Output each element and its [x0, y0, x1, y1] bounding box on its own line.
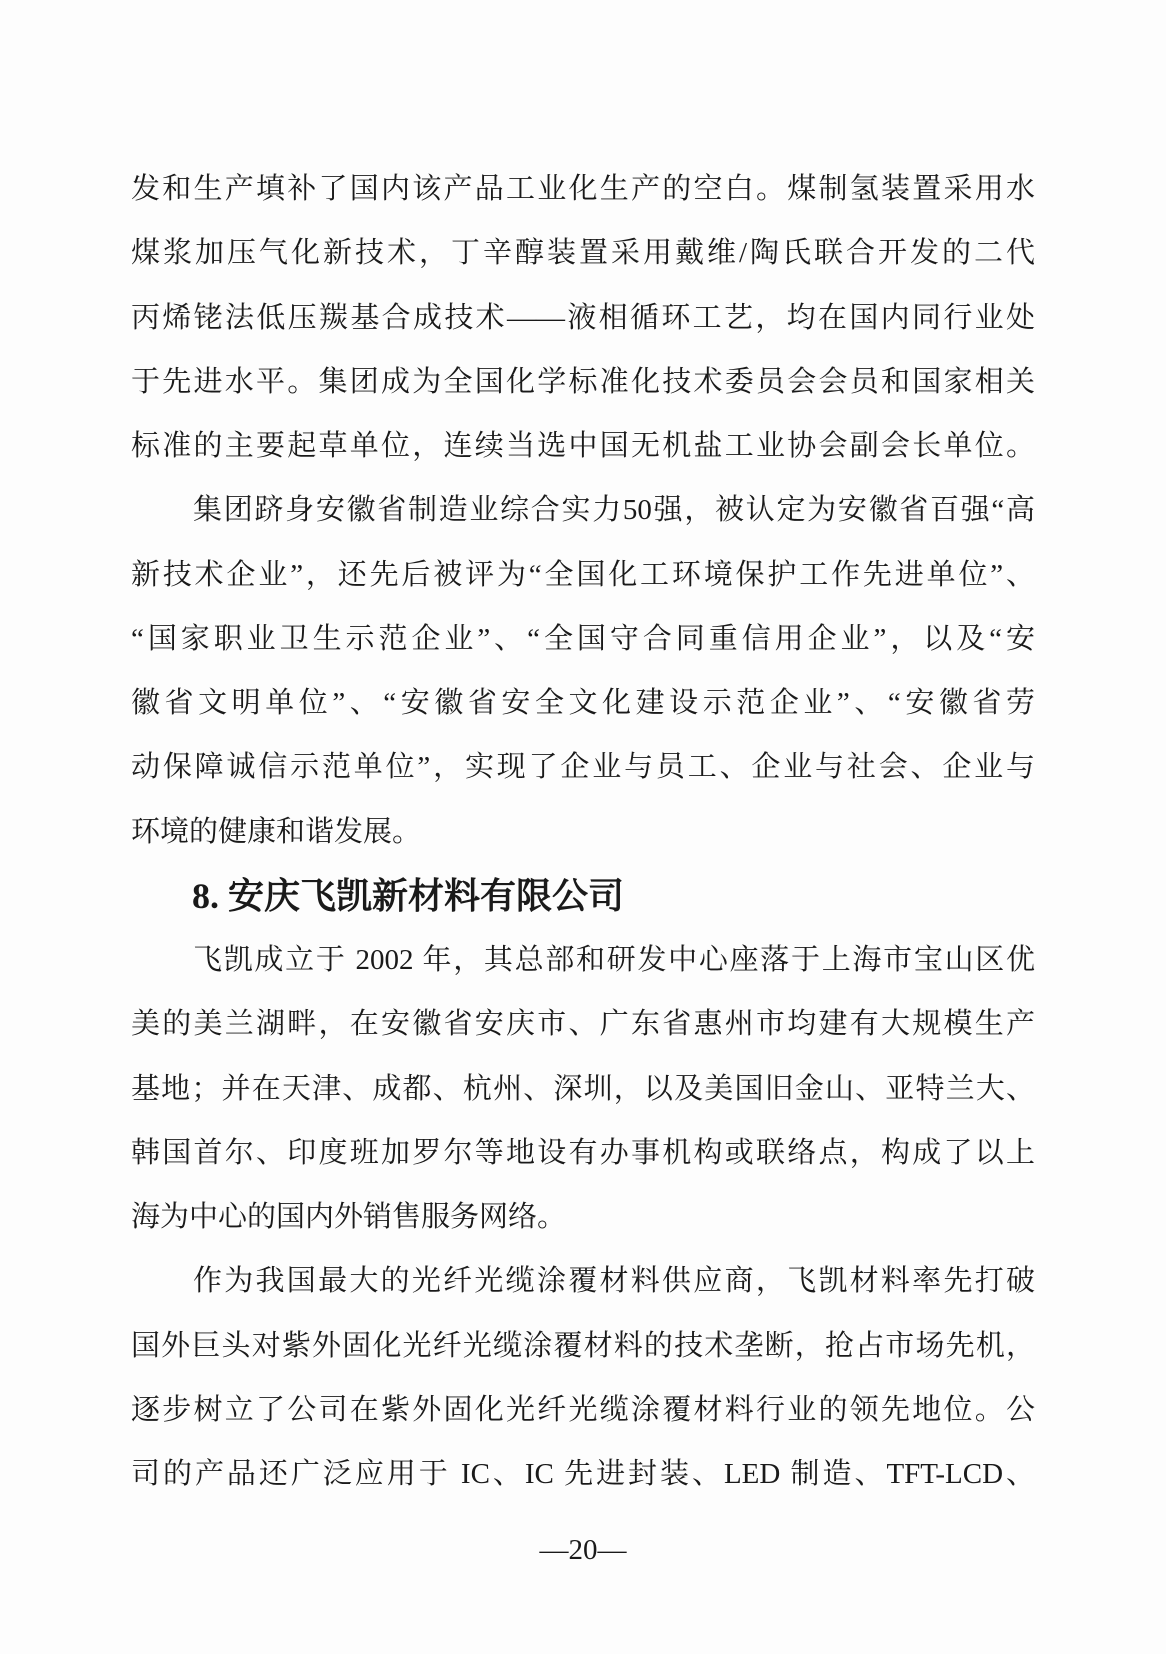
body-line: 丙烯铑法低压羰基合成技术——液相循环工艺，均在国内同行业处	[131, 286, 1035, 350]
paragraph-start-line: 作为我国最大的光纤光缆涂覆材料供应商，飞凯材料率先打破	[131, 1249, 1035, 1313]
body-line: 美的美兰湖畔，在安徽省安庆市、广东省惠州市均建有大规模生产	[131, 992, 1035, 1056]
text-block: 发和生产填补了国内该产品工业化生产的空白。煤制氢装置采用水 煤浆加压气化新技术，…	[131, 157, 1035, 1506]
body-line: “国家职业卫生示范企业”、“全国守合同重信用企业”，以及“安	[131, 607, 1035, 671]
body-line: 基地；并在天津、成都、杭州、深圳，以及美国旧金山、亚特兰大、	[131, 1057, 1035, 1121]
body-line: 发和生产填补了国内该产品工业化生产的空白。煤制氢装置采用水	[131, 157, 1035, 221]
section-heading: 8. 安庆飞凯新材料有限公司	[131, 864, 1035, 928]
body-line: 逐步树立了公司在紫外固化光纤光缆涂覆材料行业的领先地位。公	[131, 1378, 1035, 1442]
body-line: 新技术企业”，还先后被评为“全国化工环境保护工作先进单位”、	[131, 543, 1035, 607]
body-line: 司的产品还广泛应用于 IC、IC 先进封装、LED 制造、TFT-LCD、	[131, 1442, 1035, 1506]
paragraph-end-line: 环境的健康和谐发展。	[131, 800, 1035, 864]
paragraph-start-line: 集团跻身安徽省制造业综合实力50强，被认定为安徽省百强“高	[131, 478, 1035, 542]
body-line: 韩国首尔、印度班加罗尔等地设有办事机构或联络点，构成了以上	[131, 1121, 1035, 1185]
paragraph-end-line: 海为中心的国内外销售服务网络。	[131, 1185, 1035, 1249]
body-line: 徽省文明单位”、“安徽省安全文化建设示范企业”、“安徽省劳	[131, 671, 1035, 735]
body-line: 动保障诚信示范单位”，实现了企业与员工、企业与社会、企业与	[131, 735, 1035, 799]
document-page: 发和生产填补了国内该产品工业化生产的空白。煤制氢装置采用水 煤浆加压气化新技术，…	[0, 0, 1166, 1654]
paragraph-start-line: 飞凯成立于 2002 年，其总部和研发中心座落于上海市宝山区优	[131, 928, 1035, 992]
body-line: 国外巨头对紫外固化光纤光缆涂覆材料的技术垄断，抢占市场先机，	[131, 1314, 1035, 1378]
body-line: 于先进水平。集团成为全国化学标准化技术委员会会员和国家相关	[131, 350, 1035, 414]
body-line: 煤浆加压气化新技术，丁辛醇装置采用戴维/陶氏联合开发的二代	[131, 221, 1035, 285]
page-number: —20—	[0, 1530, 1166, 1570]
body-line: 标准的主要起草单位，连续当选中国无机盐工业协会副会长单位。	[131, 414, 1035, 478]
